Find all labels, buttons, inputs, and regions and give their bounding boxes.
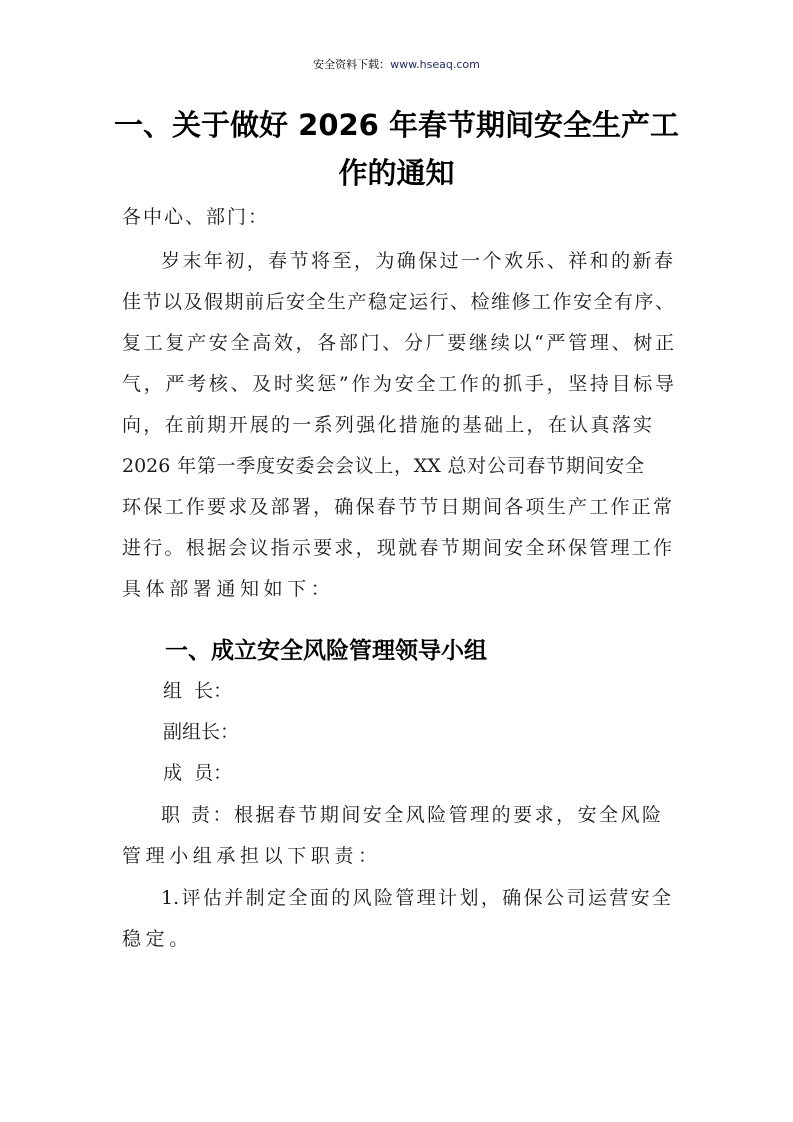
intro-paragraph-line: 2026 年第一季度安委会会议上，XX 总对公司春节期间安全 (122, 454, 644, 478)
intro-paragraph-line: 环保工作要求及部署，确保春节节日期间各项生产工作正常 (122, 495, 672, 519)
document-title-line-2: 作的通知 (100, 149, 693, 197)
role-label-deputy-leader: 副组长： (163, 720, 239, 744)
section-heading: 一、成立安全风险管理领导小组 (165, 637, 487, 665)
list-item-1-line: 稳定。 (122, 927, 193, 951)
intro-paragraph-line: 复工复产安全高效，各部门、分厂要继续以“严管理、树正 (122, 331, 674, 355)
download-header: 安全资料下载：www.hseaq.com (0, 56, 793, 74)
duties-line: 职 责：根据春节期间安全风险管理的要求，安全风险 (161, 803, 661, 827)
intro-paragraph-line: 具体部署通知如下： (122, 577, 334, 601)
intro-paragraph-line: 向，在前期开展的一系列强化措施的基础上，在认真落实 (122, 413, 652, 437)
role-label-leader: 组 长： (163, 679, 232, 703)
site-url-link[interactable]: www.hseaq.com (390, 58, 480, 71)
role-label-members: 成 员： (163, 761, 232, 785)
intro-paragraph-line: 气，严考核、及时奖惩”作为安全工作的抓手，坚持目标导 (122, 372, 674, 396)
intro-paragraph-line: 佳节以及假期前后安全生产稳定运行、检维修工作安全有序、 (122, 290, 674, 314)
document-title-line-1: 一、关于做好 2026 年春节期间安全生产工 (100, 101, 693, 149)
intro-paragraph-line: 岁末年初，春节将至，为确保过一个欢乐、祥和的新春 (161, 249, 673, 273)
duties-line: 管理小组承担以下职责： (122, 844, 382, 868)
header-label: 安全资料下载： (313, 58, 390, 71)
intro-paragraph-line: 进行。根据会议指示要求，现就春节期间安全环保管理工作 (122, 536, 672, 560)
list-item-1-line: 1.评估并制定全面的风险管理计划，确保公司运营安全 (161, 886, 671, 910)
salutation: 各中心、部门： (122, 205, 269, 229)
